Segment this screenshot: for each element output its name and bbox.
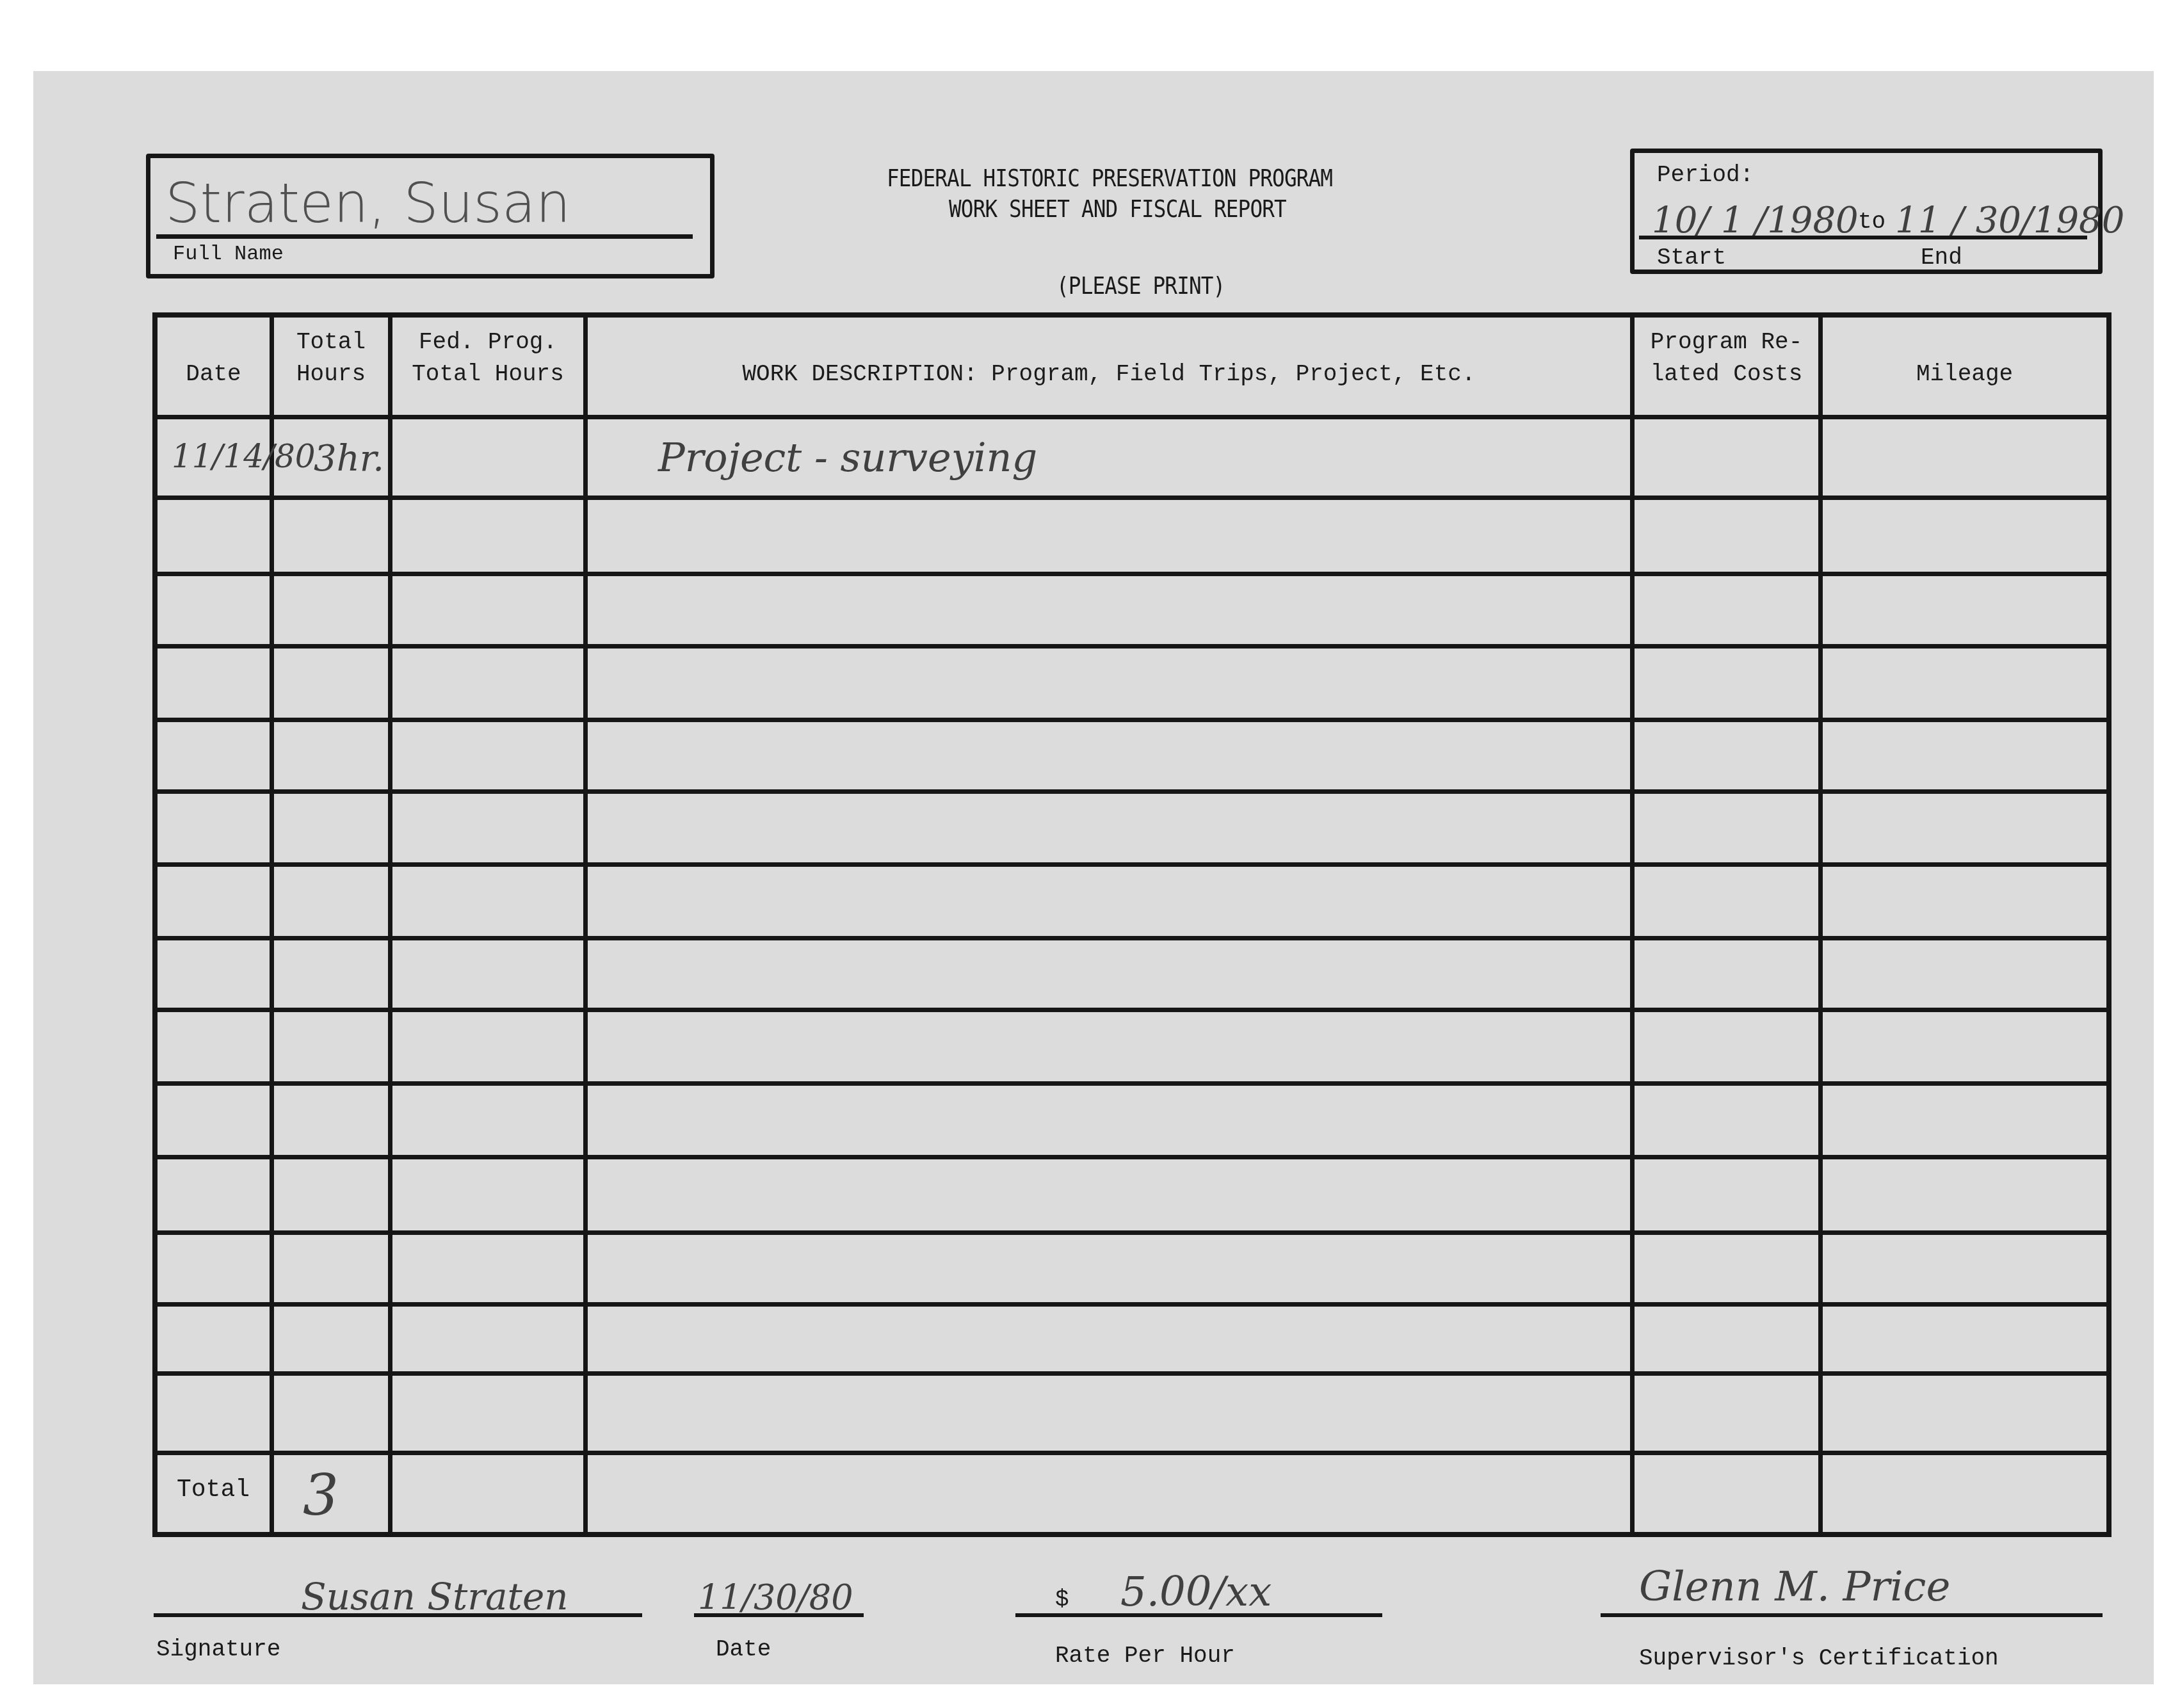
full-name-value[interactable]: Straten, Susan — [165, 172, 570, 236]
please-print-instruction: (PLEASE PRINT) — [1056, 271, 1225, 300]
rate-per-hour-label: Rate Per Hour — [1055, 1643, 1235, 1669]
rate-currency-symbol: $ — [1055, 1586, 1069, 1613]
col-header-work-description: WORK DESCRIPTION: Program, Field Trips, … — [588, 326, 1630, 391]
row-divider — [152, 862, 2112, 867]
period-end-label: End — [1921, 245, 1962, 271]
row1-date[interactable]: 11/14/80 — [172, 438, 316, 475]
col-header-program-costs: Program Re- lated Costs — [1635, 326, 1818, 391]
supervisor-certification-label: Supervisor's Certification — [1639, 1645, 1999, 1672]
signature-line — [154, 1613, 642, 1617]
full-name-underline — [156, 234, 693, 239]
form-title-line2: WORK SHEET AND FISCAL REPORT — [949, 195, 1286, 223]
rate-per-hour-value[interactable]: 5.00/xx — [1120, 1568, 1272, 1616]
form-title-line1: FEDERAL HISTORIC PRESERVATION PROGRAM — [887, 164, 1332, 192]
period-label: Period: — [1657, 162, 1754, 188]
full-name-label: Full Name — [173, 242, 284, 266]
supervisor-line — [1601, 1613, 2103, 1617]
work-log-table: Date Total Hours Fed. Prog. Total Hours … — [152, 312, 2112, 1537]
rate-line — [1015, 1613, 1382, 1617]
row-divider — [152, 572, 2112, 576]
row-divider — [152, 1155, 2112, 1159]
row1-description[interactable]: Project - surveying — [658, 434, 1037, 481]
col-header-mileage: Mileage — [1823, 326, 2106, 391]
col-header-date: Date — [157, 326, 270, 391]
row-divider — [152, 644, 2112, 649]
period-underline — [1639, 236, 2087, 239]
row-divider — [152, 936, 2112, 940]
row-divider — [152, 1230, 2112, 1235]
row1-total-hours[interactable]: 3hr. — [314, 438, 384, 479]
row-divider — [152, 718, 2112, 722]
row-divider — [152, 1371, 2112, 1376]
total-row-divider — [152, 1451, 2112, 1455]
total-label: Total — [177, 1476, 250, 1504]
period-start-label: Start — [1657, 245, 1726, 271]
row-divider — [152, 1081, 2112, 1086]
employee-signature[interactable]: Susan Straten — [301, 1575, 569, 1618]
row-divider — [152, 789, 2112, 794]
signed-date-value[interactable]: 11/30/80 — [698, 1577, 853, 1618]
date-label: Date — [716, 1636, 771, 1663]
row-divider — [152, 1302, 2112, 1307]
date-line — [694, 1613, 864, 1617]
header-divider — [152, 415, 2112, 419]
row-divider — [152, 495, 2112, 500]
period-to-label: to — [1858, 209, 1885, 235]
signature-label: Signature — [156, 1636, 280, 1663]
supervisor-signature[interactable]: Glenn M. Price — [1639, 1563, 1950, 1611]
row-divider — [152, 1008, 2112, 1012]
col-header-total-hours: Total Hours — [274, 326, 388, 391]
total-hours-value[interactable]: 3 — [303, 1462, 339, 1528]
col-header-fed-prog-hours: Fed. Prog. Total Hours — [392, 326, 583, 391]
